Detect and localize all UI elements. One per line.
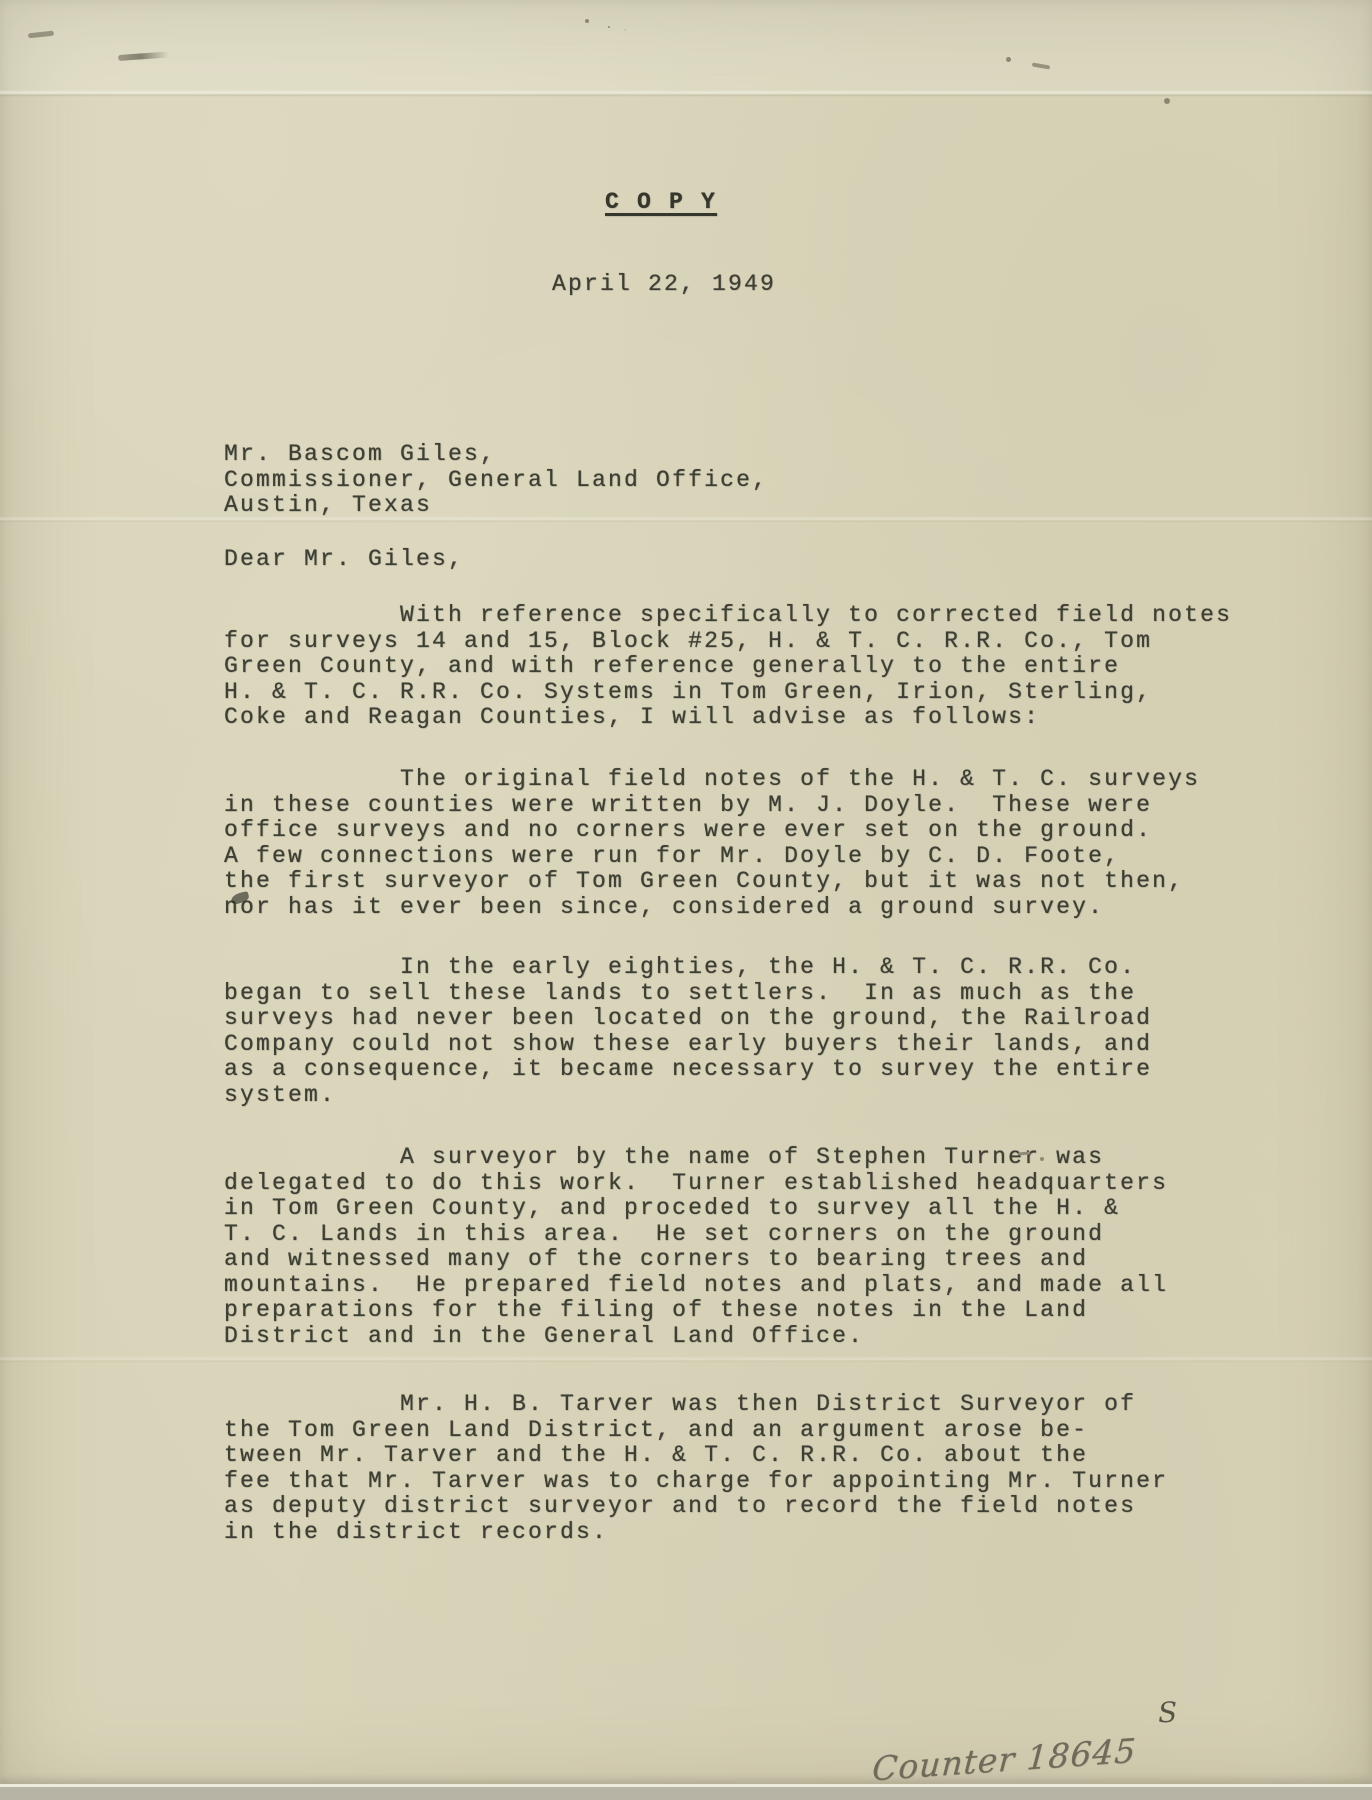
paragraph-early-eighties: In the early eighties, the H. & T. C. R.… [224, 955, 1152, 1108]
scan-speck [1040, 1157, 1044, 1161]
paragraph-original-field-notes: The original field notes of the H. & T. … [224, 767, 1200, 920]
page-letter-annotation: S [1157, 1696, 1177, 1730]
counter-number-handwriting: Counter 18645 [871, 1731, 1138, 1789]
paragraph-stephen-turner: A surveyor by the name of Stephen Turner… [224, 1145, 1168, 1349]
scan-speck [1006, 57, 1011, 62]
paper-crease [0, 1356, 1372, 1363]
copy-heading: C O P Y [605, 190, 717, 216]
paper-top-light-band [0, 0, 1372, 92]
paragraph-tarver: Mr. H. B. Tarver was then District Surve… [224, 1392, 1168, 1545]
scanned-letter-page: C O P Y April 22, 1949 Mr. Bascom Giles,… [0, 0, 1372, 1800]
letter-date: April 22, 1949 [552, 272, 776, 298]
paper-crease [0, 90, 1372, 97]
salutation: Dear Mr. Giles, [224, 547, 464, 573]
recipient-address: Mr. Bascom Giles, Commissioner, General … [224, 442, 768, 519]
scan-speck [585, 19, 589, 23]
scan-speck [1164, 98, 1170, 104]
paragraph-reference: With reference specifically to corrected… [224, 603, 1232, 731]
scanner-bottom-edge [0, 1784, 1372, 1800]
